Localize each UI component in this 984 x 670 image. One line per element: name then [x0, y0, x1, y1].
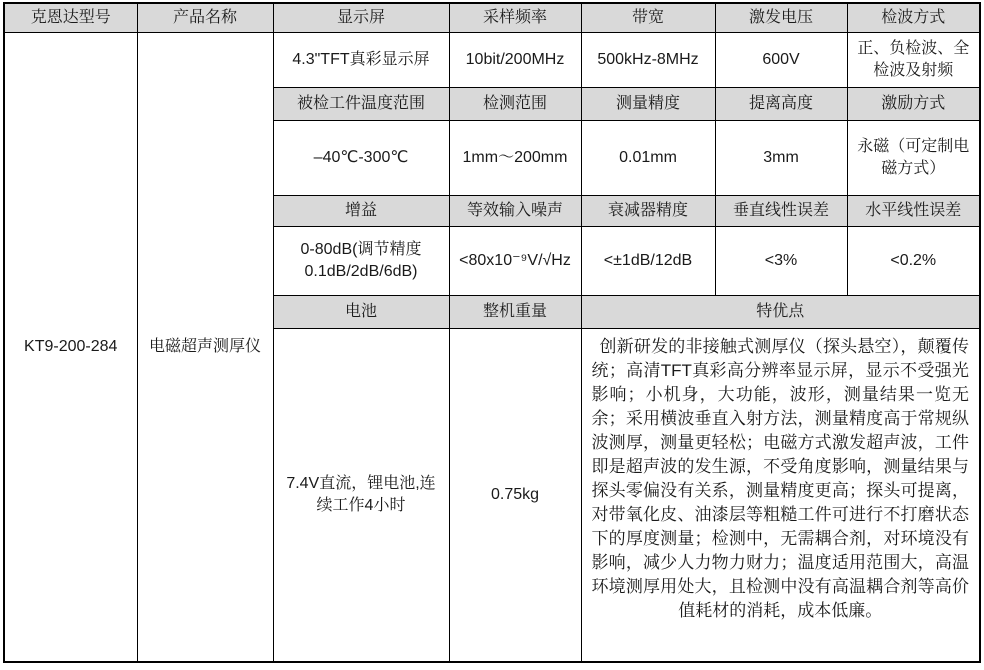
cell-sampling-rate-value: 10bit/200MHz	[449, 32, 581, 87]
cell-bandwidth-value: 500kHz-8MHz	[581, 32, 715, 87]
header-battery: 电池	[273, 295, 449, 328]
cell-weight-value: 0.75kg	[449, 328, 581, 662]
header-vertical-linearity-error: 垂直线性误差	[715, 195, 847, 226]
cell-input-noise-value: <80x10⁻⁹V/√Hz	[449, 226, 581, 295]
spec-table: 克恩达型号 产品名称 显示屏 采样频率 带宽 激发电压 检波方式 KT9-200…	[3, 2, 981, 663]
header-liftoff-height: 提离高度	[715, 87, 847, 120]
cell-battery-value: 7.4V直流，锂电池,连续工作4小时	[273, 328, 449, 662]
header-attenuator-accuracy: 衰减器精度	[581, 195, 715, 226]
header-horizontal-linearity-error: 水平线性误差	[847, 195, 980, 226]
header-weight: 整机重量	[449, 295, 581, 328]
cell-model: KT9-200-284	[4, 32, 137, 662]
cell-vertical-linearity-value: <3%	[715, 226, 847, 295]
header-sampling-rate: 采样频率	[449, 3, 581, 32]
header-input-noise: 等效输入噪声	[449, 195, 581, 226]
header-detection-range: 检测范围	[449, 87, 581, 120]
header-detection-mode: 检波方式	[847, 3, 980, 32]
header-gain: 增益	[273, 195, 449, 226]
header-bandwidth: 带宽	[581, 3, 715, 32]
header-excitation-method: 激励方式	[847, 87, 980, 120]
header-excitation-voltage: 激发电压	[715, 3, 847, 32]
cell-product-name: 电磁超声测厚仪	[137, 32, 273, 662]
cell-features-text: 创新研发的非接触式测厚仪（探头悬空），颠覆传统；高清TFT真彩高分辨率显示屏，显…	[581, 328, 980, 662]
cell-detection-range-value: 1mm～200mm	[449, 120, 581, 195]
cell-attenuator-accuracy-value: <±1dB/12dB	[581, 226, 715, 295]
header-product-name: 产品名称	[137, 3, 273, 32]
cell-display-value: 4.3"TFT真彩显示屏	[273, 32, 449, 87]
header-display: 显示屏	[273, 3, 449, 32]
cell-gain-value: 0-80dB(调节精度0.1dB/2dB/6dB)	[273, 226, 449, 295]
header-measure-accuracy: 测量精度	[581, 87, 715, 120]
header-temp-range: 被检工件温度范围	[273, 87, 449, 120]
header-row: 克恩达型号 产品名称 显示屏 采样频率 带宽 激发电压 检波方式	[4, 3, 980, 32]
cell-excitation-voltage-value: 600V	[715, 32, 847, 87]
display-value-row: KT9-200-284 电磁超声测厚仪 4.3"TFT真彩显示屏 10bit/2…	[4, 32, 980, 87]
cell-measure-accuracy-value: 0.01mm	[581, 120, 715, 195]
cell-horizontal-linearity-value: <0.2%	[847, 226, 980, 295]
header-features: 特优点	[581, 295, 980, 328]
cell-detection-mode-value: 正、负检波、全检波及射频	[847, 32, 980, 87]
header-model: 克恩达型号	[4, 3, 137, 32]
cell-liftoff-height-value: 3mm	[715, 120, 847, 195]
cell-excitation-method-value: 永磁（可定制电磁方式）	[847, 120, 980, 195]
cell-temp-range-value: –40℃-300℃	[273, 120, 449, 195]
